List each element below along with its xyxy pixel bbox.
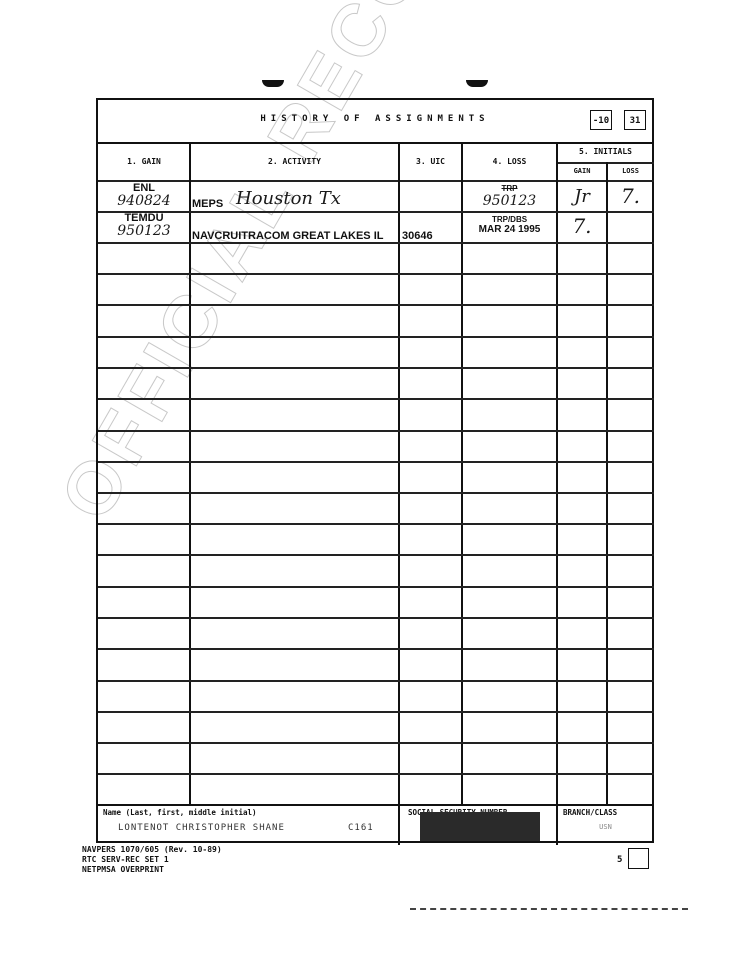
row-line — [98, 492, 654, 494]
form-title: HISTORY OF ASSIGNMENTS — [98, 114, 652, 124]
page-check-box — [628, 848, 649, 869]
row-line — [98, 242, 654, 244]
row-line — [98, 304, 654, 306]
row2-loss-date: MAR 24 1995 — [462, 224, 557, 235]
ssn-redaction — [420, 812, 540, 841]
row-line — [98, 773, 654, 775]
col-divider — [398, 142, 400, 845]
row1-gain-date: 940824 — [98, 193, 190, 209]
page-number: 5 — [617, 855, 622, 865]
row-line — [98, 461, 654, 463]
col-header-initials: 5. INITIALS — [557, 147, 654, 156]
row-line — [98, 680, 654, 682]
row1-initials-gain: Jr — [557, 186, 607, 207]
col-header-gain: 1. GAIN — [98, 157, 190, 166]
row1-activity: MEPS — [192, 198, 223, 210]
page-box-2: 31 — [624, 110, 646, 130]
col-header-initials-loss: LOSS — [607, 167, 654, 175]
row-line — [98, 430, 654, 432]
form-footer: NAVPERS 1070/605 (Rev. 10-89) RTC SERV-R… — [82, 845, 222, 875]
row-line — [98, 523, 654, 525]
row-line — [98, 648, 654, 650]
footer-set: RTC SERV-REC SET 1 — [82, 855, 222, 865]
row-line — [98, 336, 654, 338]
row2-loss-stamp: TRP/DBS — [462, 215, 557, 224]
row-line — [98, 617, 654, 619]
row2-uic: 30646 — [402, 230, 433, 242]
name-label: Name (Last, first, middle initial) — [103, 808, 257, 817]
branch-value: USN — [557, 823, 654, 831]
history-of-assignments-form: HISTORY OF ASSIGNMENTS -10 31 1. GAIN 2.… — [96, 98, 654, 843]
footer-overprint: NETPMSA OVERPRINT — [82, 865, 222, 875]
dashed-line — [410, 908, 688, 910]
col-header-activity: 2. ACTIVITY — [190, 157, 399, 166]
row-line — [98, 273, 654, 275]
row1-loss-date: 950123 — [462, 193, 557, 209]
col-header-uic: 3. UIC — [399, 157, 462, 166]
col-header-initials-gain: GAIN — [557, 167, 607, 175]
row-line — [98, 804, 654, 806]
row1-activity-handwritten: Houston Tx — [236, 188, 341, 209]
col-header-loss: 4. LOSS — [462, 157, 557, 166]
branch-label: BRANCH/CLASS — [563, 808, 617, 817]
row-line — [98, 742, 654, 744]
row2-activity: NAVCRUITRACOM GREAT LAKES IL — [192, 230, 383, 242]
footer-form-number: NAVPERS 1070/605 (Rev. 10-89) — [82, 845, 222, 855]
row-line — [98, 398, 654, 400]
row-line — [98, 711, 654, 713]
name-value: LONTENOT CHRISTOPHER SHANE — [118, 823, 285, 833]
punch-hole-mark — [466, 80, 488, 87]
col-divider — [606, 162, 608, 804]
col-divider — [556, 142, 558, 845]
row-line — [98, 367, 654, 369]
page-box-1: -10 — [590, 110, 612, 130]
row-line — [98, 554, 654, 556]
row1-initials-loss: 7. — [607, 184, 654, 208]
name-suffix: C161 — [348, 823, 374, 833]
row2-initials-gain: 7. — [557, 214, 607, 238]
form-title-bar: HISTORY OF ASSIGNMENTS -10 31 — [98, 100, 652, 144]
row2-gain-date: 950123 — [98, 223, 190, 239]
row-line — [98, 586, 654, 588]
row1-loss-stamp: TRP — [462, 184, 557, 193]
